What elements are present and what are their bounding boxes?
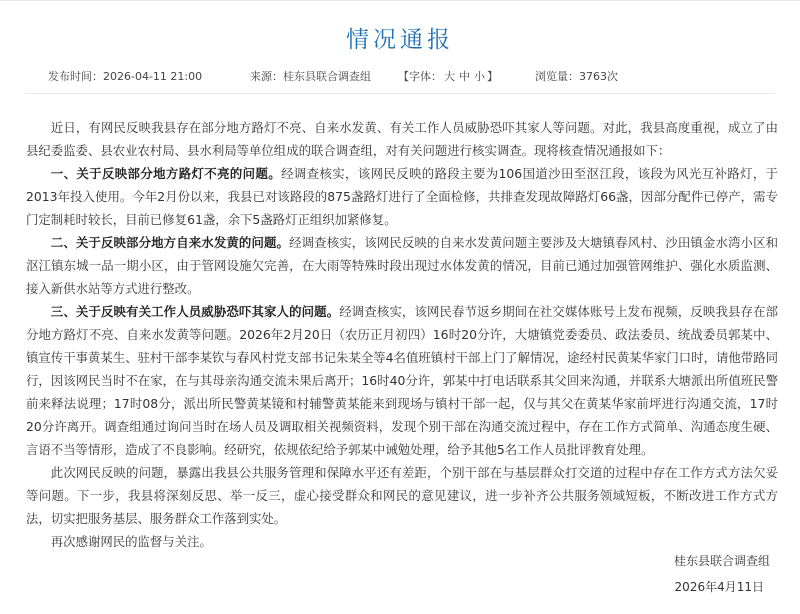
paragraph-text: 经调查核实，该网民春节返乡期间在社交媒体账号上发布视频，反映我县存在部分地方路灯… xyxy=(26,304,778,457)
page-title: 情况通报 xyxy=(0,24,800,56)
paragraph-text: 再次感谢网民的监督与关注。 xyxy=(51,534,212,549)
publish-time: 发布时间：2026-04-11 21:00 xyxy=(48,68,202,86)
publish-time-value: 2026-04-11 21:00 xyxy=(103,70,202,83)
paragraph-intro: 近日，有网民反映我县存在部分地方路灯不亮、自来水发黄、有关工作人员威胁恐吓其家人… xyxy=(26,116,778,162)
paragraph-next-steps: 此次网民反映的问题，暴露出我县公共服务管理和保障水平还有差距，个别干部在与基层群… xyxy=(26,461,778,530)
font-size-bracket: 】 xyxy=(487,70,498,83)
view-count-value: 3763次 xyxy=(579,70,618,83)
font-size-label: 【字体： xyxy=(398,70,442,83)
view-count-label: 浏览量： xyxy=(535,70,579,83)
section-heading: 二、关于反映部分地方自来水发黄的问题。 xyxy=(51,235,289,250)
signature-date: 2026年4月11日 xyxy=(570,574,770,600)
font-small-button[interactable]: 小 xyxy=(474,70,485,83)
paragraph-text: 近日，有网民反映我县存在部分地方路灯不亮、自来水发黄、有关工作人员威胁恐吓其家人… xyxy=(26,120,778,158)
view-count: 浏览量：3763次 xyxy=(535,68,618,86)
font-size-switcher: 【字体：大中小】 xyxy=(398,68,498,86)
source: 来源：桂东县联合调查组 xyxy=(250,68,371,86)
header-divider xyxy=(26,93,774,94)
paragraph-text: 此次网民反映的问题，暴露出我县公共服务管理和保障水平还有差距，个别干部在与基层群… xyxy=(26,465,778,526)
signature-org: 桂东县联合调查组 xyxy=(570,548,770,574)
source-label: 来源： xyxy=(250,70,283,83)
top-border xyxy=(0,0,800,1)
publish-time-label: 发布时间： xyxy=(48,70,103,83)
article-body: 近日，有网民反映我县存在部分地方路灯不亮、自来水发黄、有关工作人员威胁恐吓其家人… xyxy=(26,116,778,553)
signature-block: 桂东县联合调查组 2026年4月11日 xyxy=(570,548,770,600)
source-value: 桂东县联合调查组 xyxy=(283,70,371,83)
font-medium-button[interactable]: 中 xyxy=(459,70,470,83)
section-heading: 一、关于反映部分地方路灯不亮的问题。 xyxy=(51,166,281,181)
font-large-button[interactable]: 大 xyxy=(444,70,455,83)
paragraph-streetlights: 一、关于反映部分地方路灯不亮的问题。经调查核实，该网民反映的路段主要为106国道… xyxy=(26,162,778,231)
article-meta: 发布时间：2026-04-11 21:00 来源：桂东县联合调查组 【字体：大中… xyxy=(0,68,800,86)
paragraph-intimidation: 三、关于反映有关工作人员威胁恐吓其家人的问题。经调查核实，该网民春节返乡期间在社… xyxy=(26,300,778,461)
paragraph-tapwater: 二、关于反映部分地方自来水发黄的问题。经调查核实，该网民反映的自来水发黄问题主要… xyxy=(26,231,778,300)
section-heading: 三、关于反映有关工作人员威胁恐吓其家人的问题。 xyxy=(51,304,339,319)
